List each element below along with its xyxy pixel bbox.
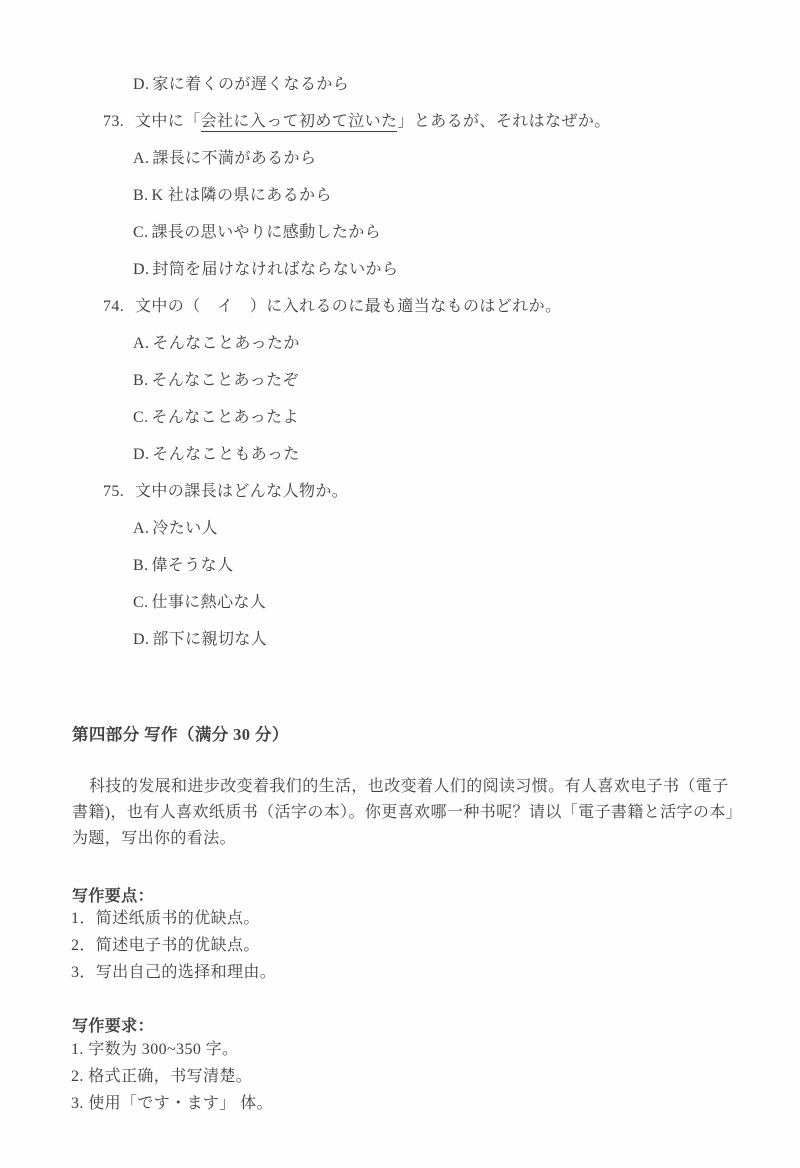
option-label: A.: [133, 520, 149, 537]
option-label: A.: [133, 150, 149, 167]
option-label: D.: [133, 446, 149, 463]
option-text: そんなことあったぞ: [151, 372, 298, 389]
question-73-stem: 73.文中に「会社に入って初めて泣いた」とあるが、それはなぜか。: [0, 112, 800, 149]
writing-points-heading: 写作要点：: [72, 883, 154, 906]
question-number: 74.: [103, 297, 135, 316]
option-text: 課長の思いやりに感動したから: [151, 224, 381, 241]
option-label: B.: [133, 372, 148, 389]
option-text: そんなことあったか: [152, 335, 299, 352]
list-item: 2．简述电子书的优缺点。: [71, 936, 276, 963]
option-text: 家に着くのが遅くなるから: [152, 76, 349, 93]
question-73-option-a: A.課長に不満があるから: [0, 149, 800, 186]
list-item: 1. 字数为 300~350 字。: [71, 1040, 273, 1067]
option-label: B.: [133, 557, 148, 574]
question-74-stem: 74.文中の（ イ ）に入れるのに最も適当なものはどれか。: [0, 297, 800, 334]
question-74-option-c: C.そんなことあったよ: [0, 408, 800, 445]
writing-section-heading: 第四部分 写作（满分 30 分）: [72, 721, 289, 745]
question-73-option-b: B.K 社は隣の県にあるから: [0, 186, 800, 223]
option-label: D.: [133, 631, 149, 648]
option-text: 封筒を届けなければならないから: [152, 261, 398, 278]
stem-text: 文中の（ イ ）に入れるのに最も適当なものはどれか。: [135, 298, 561, 315]
list-item: 1．简述纸质书的优缺点。: [71, 909, 276, 936]
option-text: 仕事に熱心な人: [151, 594, 266, 611]
question-75-option-b: B.偉そうな人: [0, 556, 800, 593]
option-text: 課長に不満があるから: [152, 150, 316, 167]
option-label: C.: [133, 224, 148, 241]
option-label: C.: [133, 409, 148, 426]
question-74-option-d: D.そんなこともあった: [0, 445, 800, 482]
stem-text: 文中の課長はどんな人物か。: [135, 483, 348, 500]
prompt-line: 科技的发展和进步改变着我们的生活，也改变着人们的阅读习惯。有人喜欢电子书（電子: [72, 776, 742, 802]
option-text: 偉そうな人: [151, 557, 233, 574]
option-text: 冷たい人: [152, 520, 218, 537]
stem-underlined-text: 会社に入って初めて泣いた: [201, 113, 398, 132]
question-73-option-d: D.封筒を届けなければならないから: [0, 260, 800, 297]
prompt-line: 为题，写出你的看法。: [72, 828, 742, 854]
option-label: C.: [133, 594, 148, 611]
writing-prompt: 科技的发展和进步改变着我们的生活，也改变着人们的阅读习惯。有人喜欢电子书（電子 …: [72, 776, 742, 854]
stem-suffix: 」とあるが、それはなぜか。: [397, 113, 610, 130]
writing-points-list: 1．简述纸质书的优缺点。 2．简述电子书的优缺点。 3．写出自己的选择和理由。: [71, 909, 276, 990]
list-item: 3. 使用「です・ます」 体。: [71, 1094, 273, 1121]
option-text: そんなことあったよ: [151, 409, 298, 426]
question-73-option-c: C.課長の思いやりに感動したから: [0, 223, 800, 260]
question-number: 75.: [103, 482, 135, 501]
list-item: 3．写出自己的选择和理由。: [71, 963, 276, 990]
option-label: A.: [133, 335, 149, 352]
stem-prefix: 文中に「: [135, 113, 201, 130]
option-text: K 社は隣の県にあるから: [151, 187, 331, 204]
question-75-stem: 75.文中の課長はどんな人物か。: [0, 482, 800, 519]
writing-requirements-list: 1. 字数为 300~350 字。 2. 格式正确，书写清楚。 3. 使用「です…: [71, 1040, 273, 1121]
question-74-option-b: B.そんなことあったぞ: [0, 371, 800, 408]
prompt-line: 書籍)，也有人喜欢纸质书（活字の本）。你更喜欢哪一种书呢？请以「電子書籍と活字の…: [72, 802, 742, 828]
option-label: D.: [133, 261, 149, 278]
option-label: B.: [133, 187, 148, 204]
question-75-option-a: A.冷たい人: [0, 519, 800, 556]
option-text: 部下に親切な人: [152, 631, 267, 648]
question-74-option-a: A.そんなことあったか: [0, 334, 800, 371]
question-75-option-c: C.仕事に熱心な人: [0, 593, 800, 630]
option-line-prev-d: D.家に着くのが遅くなるから: [0, 75, 800, 112]
writing-requirements-heading: 写作要求：: [72, 1013, 154, 1036]
reading-questions-block: D.家に着くのが遅くなるから 73.文中に「会社に入って初めて泣いた」とあるが、…: [0, 75, 800, 667]
option-label: D.: [133, 76, 149, 93]
list-item: 2. 格式正确，书写清楚。: [71, 1067, 273, 1094]
question-75-option-d: D.部下に親切な人: [0, 630, 800, 667]
exam-page: D.家に着くのが遅くなるから 73.文中に「会社に入って初めて泣いた」とあるが、…: [0, 0, 800, 1168]
question-number: 73.: [103, 112, 135, 131]
option-text: そんなこともあった: [152, 446, 299, 463]
